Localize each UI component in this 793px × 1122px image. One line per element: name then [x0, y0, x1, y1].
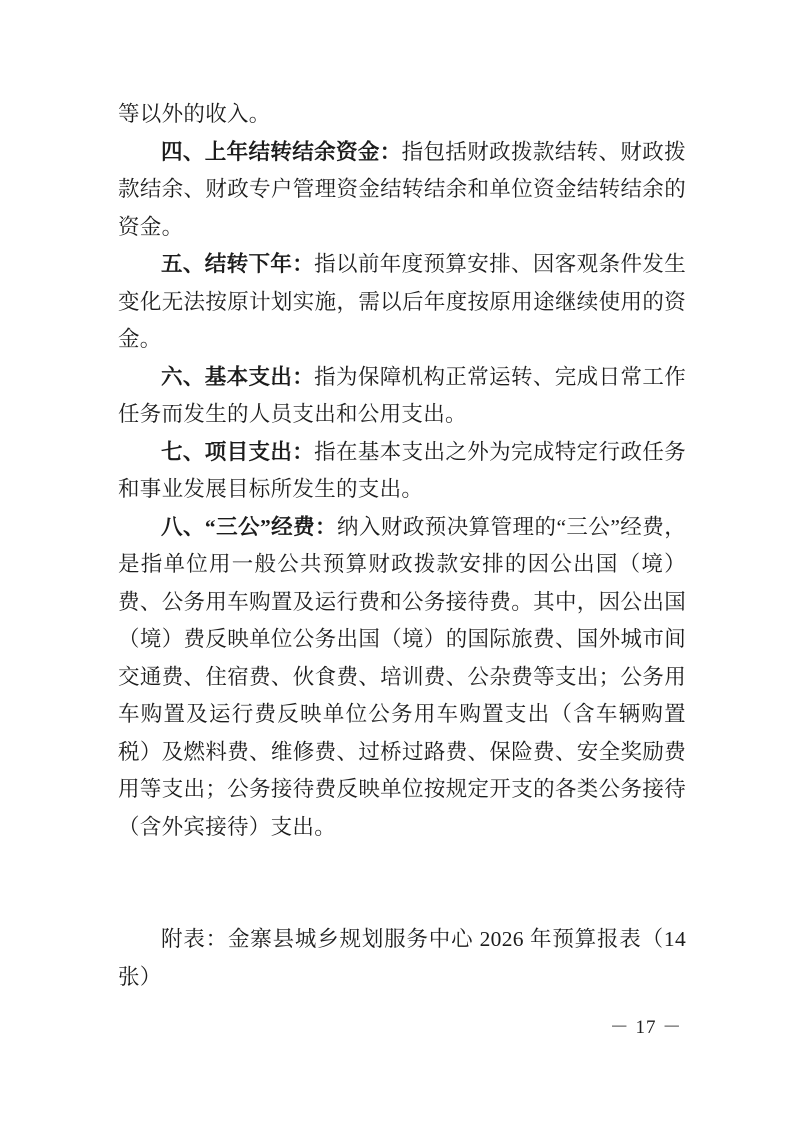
definition-term-carry-to-next-year: 五、结转下年： — [161, 252, 314, 276]
page-number: － 17 － — [598, 1013, 694, 1043]
definition-project-expenditure: 七、项目支出：指在基本支出之外为完成特定行政任务和事业发展目标所发生的支出。 — [118, 434, 686, 509]
definition-term-three-public-funds: 八、“三公”经费： — [161, 515, 337, 539]
definition-basic-expenditure: 六、基本支出：指为保障机构正常运转、完成日常工作任务而发生的人员支出和公用支出。 — [118, 359, 686, 434]
definition-carry-to-next-year: 五、结转下年：指以前年度预算安排、因客观条件发生变化无法按原计划实施，需以后年度… — [118, 246, 686, 359]
definition-three-public-funds: 八、“三公”经费：纳入财政预决算管理的“三公”经费，是指单位用一般公共预算财政拨… — [118, 509, 686, 847]
appendix-note: 附表：金寨县城乡规划服务中心 2026 年预算报表（14张） — [118, 921, 686, 996]
definition-term-project-expenditure: 七、项目支出： — [161, 440, 314, 464]
definition-body-three-public-funds: 纳入财政预决算管理的“三公”经费，是指单位用一般公共预算财政拨款安排的因公出国（… — [118, 515, 686, 839]
paragraph-continuation: 等以外的收入。 — [118, 96, 686, 134]
definition-term-basic-expenditure: 六、基本支出： — [161, 365, 314, 389]
definition-term-prior-year-carryover: 四、上年结转结余资金： — [161, 140, 402, 164]
page-content: 等以外的收入。 四、上年结转结余资金：指包括财政拨款结转、财政拨款结余、财政专户… — [118, 96, 686, 996]
definition-prior-year-carryover: 四、上年结转结余资金：指包括财政拨款结转、财政拨款结余、财政专户管理资金结转结余… — [118, 134, 686, 247]
document-page: 等以外的收入。 四、上年结转结余资金：指包括财政拨款结转、财政拨款结余、财政专户… — [0, 0, 793, 1122]
